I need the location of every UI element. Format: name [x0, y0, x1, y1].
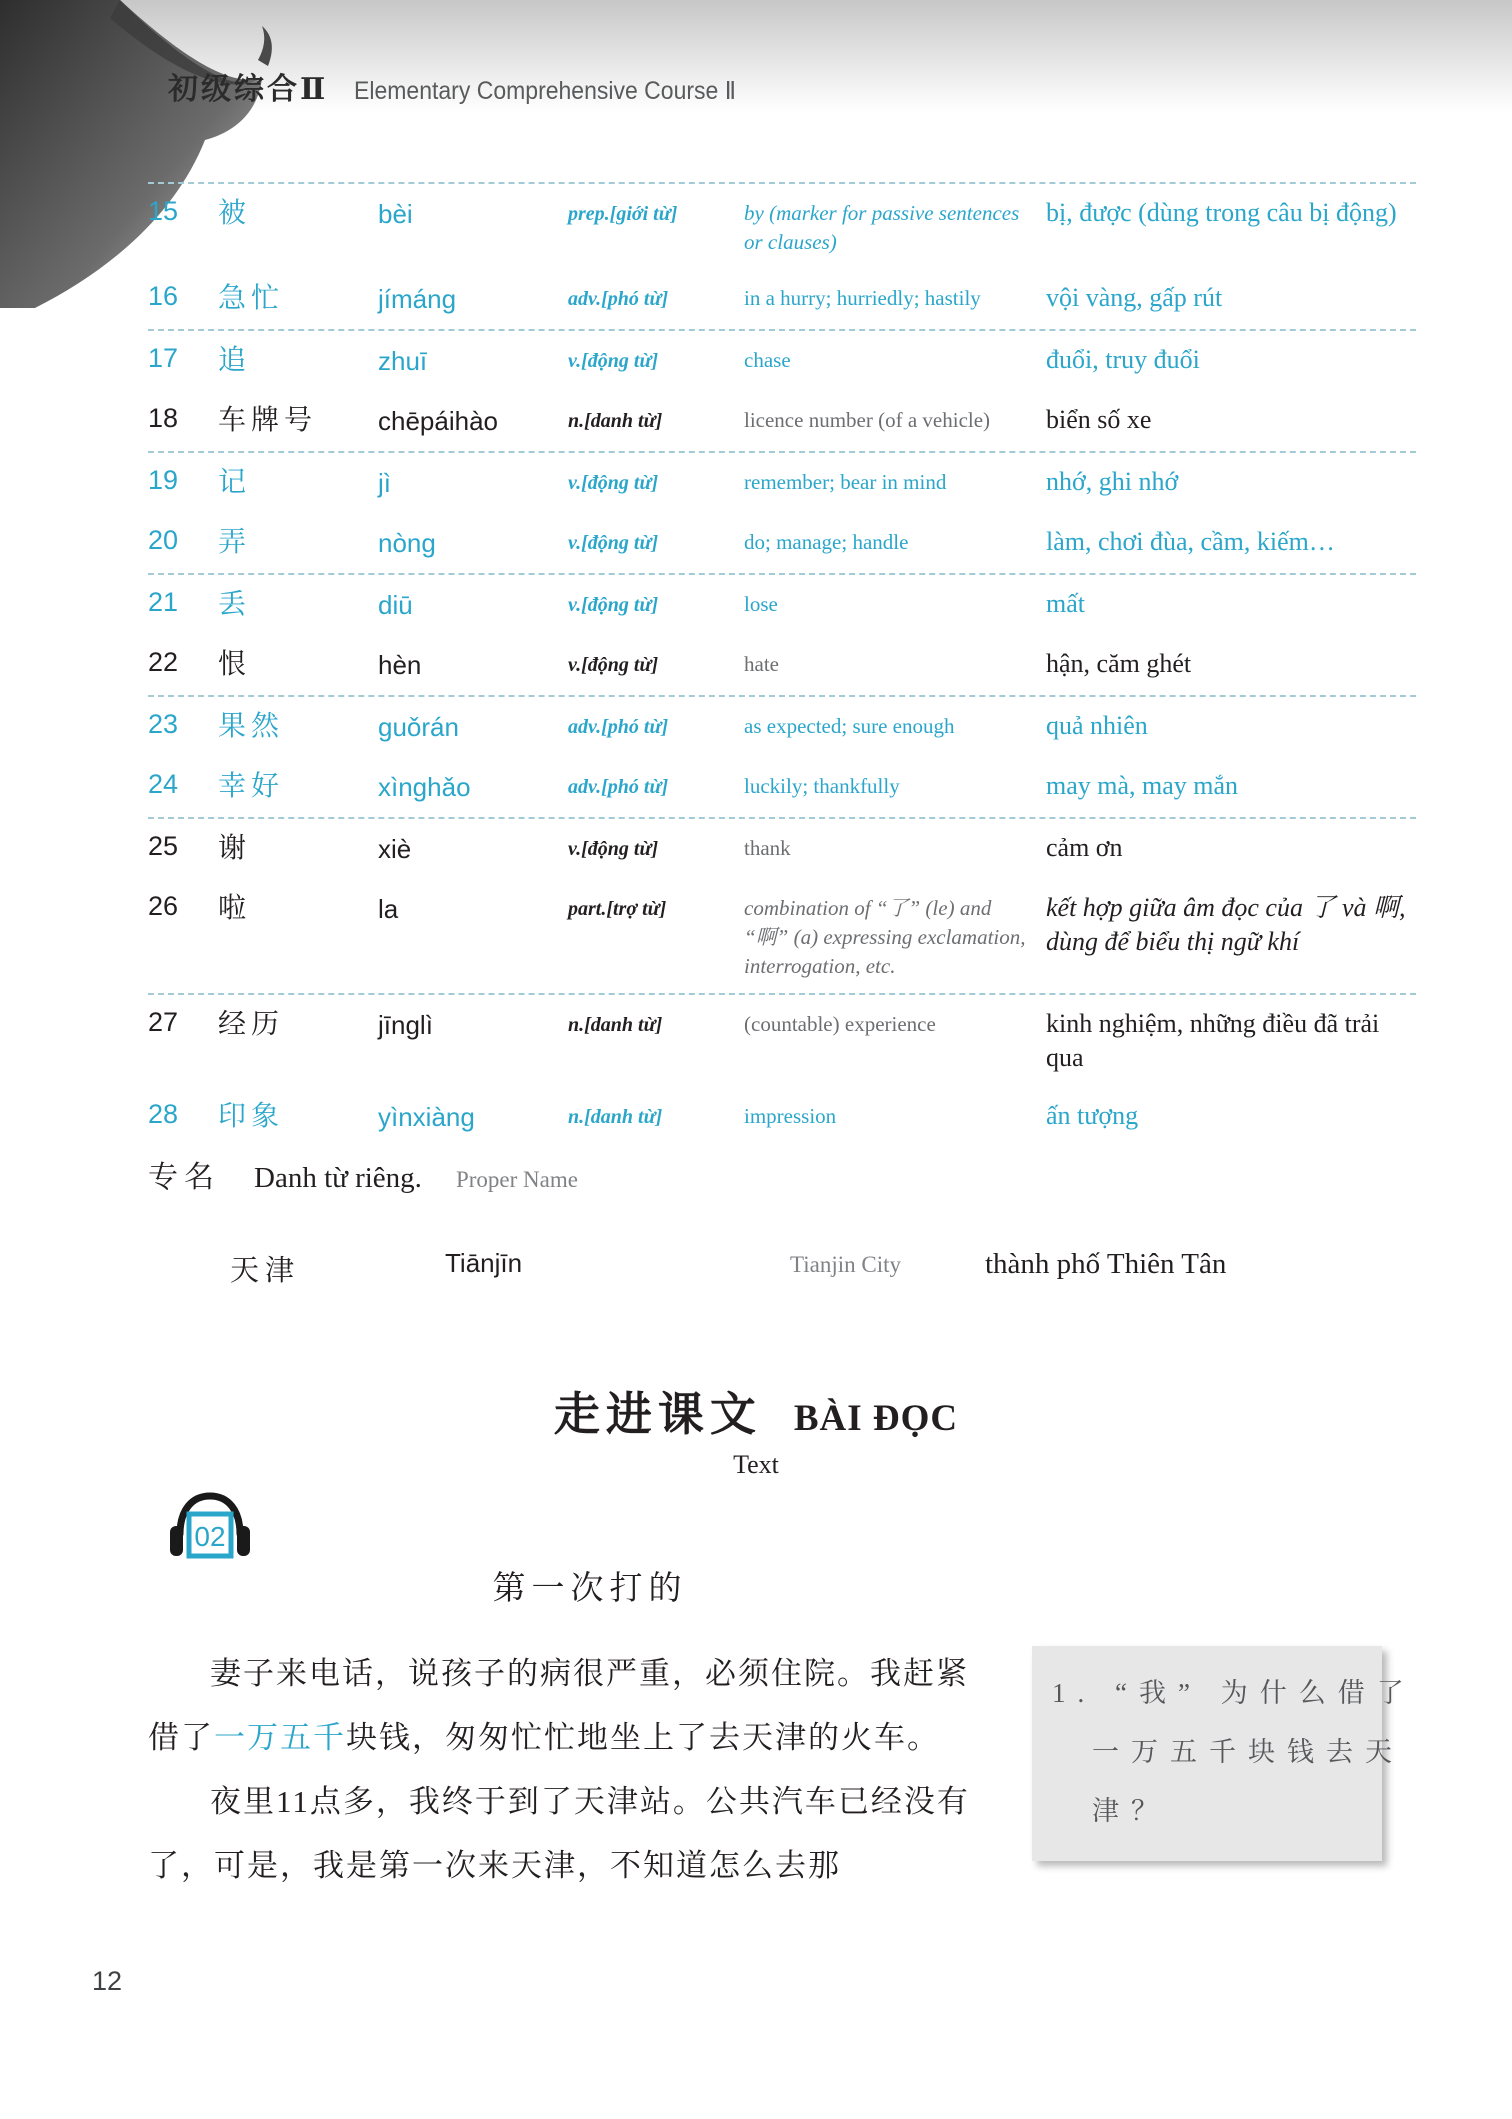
course-title-english: Elementary Comprehensive Course Ⅱ	[354, 76, 736, 106]
proper-entry-vietnamese: thành phố Thiên Tân	[985, 1248, 1416, 1289]
vocab-pos: n.[danh từ]	[568, 403, 736, 439]
vocab-pinyin: xìnghǎo	[378, 769, 560, 805]
vocab-row: 25 谢 xiè v.[động từ] thank cảm ơn	[148, 817, 1416, 879]
vocab-number: 17	[148, 343, 210, 374]
vocab-hanzi: 经历	[218, 1007, 370, 1043]
vocab-number: 21	[148, 587, 210, 618]
vocab-number: 15	[148, 196, 210, 227]
vocab-vietnamese: làm, chơi đùa, cầm, kiếm…	[1046, 525, 1416, 559]
vocab-hanzi: 追	[218, 343, 370, 379]
vocab-pinyin: yìnxiàng	[378, 1099, 560, 1135]
paragraph-1-highlight: 一万五千	[214, 1720, 346, 1755]
vocab-pos: v.[động từ]	[568, 831, 736, 867]
vocab-vietnamese: quả nhiên	[1046, 709, 1416, 743]
vocab-pinyin: jì	[378, 465, 560, 501]
vocab-vietnamese: nhớ, ghi nhớ	[1046, 465, 1416, 499]
vocab-hanzi: 车牌号	[218, 403, 370, 439]
vocab-hanzi: 啦	[218, 891, 370, 927]
vocab-hanzi: 弄	[218, 525, 370, 561]
paragraph-1-text-cont: 块钱，匆匆忙忙地坐上了去天津的火车。	[346, 1720, 940, 1755]
page-header: 初级综合Ⅱ Elementary Comprehensive Course Ⅱ	[0, 0, 1512, 122]
vocab-english: by (marker for passive sentences or clau…	[744, 196, 1038, 257]
headphones-icon: 02	[162, 1488, 258, 1560]
vocab-hanzi: 谢	[218, 831, 370, 867]
vocab-english: licence number (of a vehicle)	[744, 403, 1038, 435]
vocab-number: 27	[148, 1007, 210, 1038]
vocab-pinyin: zhuī	[378, 343, 560, 379]
vocab-english: chase	[744, 343, 1038, 375]
proper-name-label-chinese: 专名	[148, 1152, 220, 1196]
vocab-hanzi: 被	[218, 196, 370, 232]
vocab-vietnamese: kết hợp giữa âm đọc của 了 và 啊, dùng để …	[1046, 891, 1416, 959]
vocab-pos: n.[danh từ]	[568, 1099, 736, 1135]
vocab-row: 21 丢 diū v.[động từ] lose mất	[148, 573, 1416, 635]
vocab-english: do; manage; handle	[744, 525, 1038, 557]
question-line-2: 一万五千块钱去天	[1052, 1723, 1362, 1782]
reading-body: 妻子来电话，说孩子的病很严重，必须住院。我赶紧借了一万五千块钱，匆匆忙忙地坐上了…	[148, 1642, 992, 1898]
vocab-pos: adv.[phó từ]	[568, 281, 736, 317]
vocab-row: 19 记 jì v.[động từ] remember; bear in mi…	[148, 451, 1416, 513]
vocab-pos: adv.[phó từ]	[568, 709, 736, 745]
vocab-english: thank	[744, 831, 1038, 863]
reading-section-heading: 走进课文 BÀI ĐỌC Text	[0, 1378, 1512, 1480]
course-title-chinese: 初级综合Ⅱ	[168, 64, 328, 108]
vocab-row: 24 幸好 xìnghǎo adv.[phó từ] luckily; than…	[148, 757, 1416, 817]
vocab-number: 20	[148, 525, 210, 556]
vocab-number: 16	[148, 281, 210, 312]
vocab-pos: v.[động từ]	[568, 343, 736, 379]
vocab-pinyin: guǒrán	[378, 709, 560, 745]
vocab-row: 16 急忙 jímáng adv.[phó từ] in a hurry; hu…	[148, 269, 1416, 329]
vocab-pos: v.[động từ]	[568, 525, 736, 561]
question-line-3: 津？	[1052, 1782, 1362, 1841]
vocab-pinyin: jímáng	[378, 281, 560, 317]
vocab-english: remember; bear in mind	[744, 465, 1038, 497]
vocab-hanzi: 恨	[218, 647, 370, 683]
vocab-vietnamese: kinh nghiệm, những điều đã trải qua	[1046, 1007, 1416, 1075]
vocab-number: 25	[148, 831, 210, 862]
proper-entry-pinyin: Tiānjīn	[445, 1248, 790, 1289]
vocab-pos: prep.[giới từ]	[568, 196, 736, 232]
vocab-row: 28 印象 yìnxiàng n.[danh từ] impression ấn…	[148, 1087, 1416, 1147]
vocab-number: 28	[148, 1099, 210, 1130]
vocab-pinyin: hèn	[378, 647, 560, 683]
page-number: 12	[92, 1966, 122, 1997]
header-titles: 初级综合Ⅱ Elementary Comprehensive Course Ⅱ	[168, 64, 770, 108]
vocab-pos: v.[động từ]	[568, 465, 736, 501]
vocab-pos: v.[động từ]	[568, 647, 736, 683]
vocab-pinyin: xiè	[378, 831, 560, 867]
vocab-english: lose	[744, 587, 1038, 619]
vocab-english: in a hurry; hurriedly; hastily	[744, 281, 1038, 313]
vocab-number: 24	[148, 769, 210, 800]
question-line-1: 1. “我” 为什么借了	[1052, 1664, 1362, 1723]
vocab-row: 18 车牌号 chēpáihào n.[danh từ] licence num…	[148, 391, 1416, 451]
vocab-pos: part.[trợ từ]	[568, 891, 736, 927]
comprehension-question-box: 1. “我” 为什么借了 一万五千块钱去天 津？	[1032, 1646, 1382, 1861]
proper-name-heading: 专名 Danh từ riêng. Proper Name	[148, 1152, 1416, 1196]
vocab-pinyin: bèi	[378, 196, 560, 232]
proper-name-section: 专名 Danh từ riêng. Proper Name 天津 Tiānjīn…	[148, 1152, 1416, 1289]
vocab-vietnamese: bị, được (dùng trong câu bị động)	[1046, 196, 1416, 230]
reading-paragraph-2: 夜里11点多，我终于到了天津站。公共汽车已经没有了，可是，我是第一次来天津，不知…	[148, 1770, 992, 1898]
vocab-pinyin: la	[378, 891, 560, 927]
reading-paragraph-1: 妻子来电话，说孩子的病很严重，必须住院。我赶紧借了一万五千块钱，匆匆忙忙地坐上了…	[148, 1642, 992, 1770]
vocab-english: luckily; thankfully	[744, 769, 1038, 801]
vocab-hanzi: 丢	[218, 587, 370, 623]
vocab-vietnamese: biển số xe	[1046, 403, 1416, 437]
vocab-hanzi: 急忙	[218, 281, 370, 317]
reading-heading-english: Text	[0, 1450, 1512, 1480]
vocab-vietnamese: hận, căm ghét	[1046, 647, 1416, 681]
audio-track-number: 02	[194, 1521, 225, 1552]
vocab-vietnamese: ấn tượng	[1046, 1099, 1416, 1133]
vocab-pinyin: nòng	[378, 525, 560, 561]
vocab-english: as expected; sure enough	[744, 709, 1038, 741]
vocab-pos: adv.[phó từ]	[568, 769, 736, 805]
textbook-page: 初级综合Ⅱ Elementary Comprehensive Course Ⅱ …	[0, 0, 1512, 2119]
vocab-english: impression	[744, 1099, 1038, 1131]
proper-name-label-vietnamese: Danh từ riêng.	[254, 1162, 422, 1195]
vocab-pos: n.[danh từ]	[568, 1007, 736, 1043]
vocab-number: 26	[148, 891, 210, 922]
vocab-row: 26 啦 la part.[trợ từ] combination of “了”…	[148, 879, 1416, 993]
vocab-hanzi: 记	[218, 465, 370, 501]
vocab-row: 17 追 zhuī v.[động từ] chase đuổi, truy đ…	[148, 329, 1416, 391]
vocab-hanzi: 幸好	[218, 769, 370, 805]
vocab-vietnamese: mất	[1046, 587, 1416, 621]
vocab-number: 18	[148, 403, 210, 434]
vocab-hanzi: 印象	[218, 1099, 370, 1135]
reading-text-title: 第一次打的	[250, 1562, 930, 1609]
reading-heading-vietnamese: BÀI ĐỌC	[794, 1397, 958, 1440]
vocab-number: 23	[148, 709, 210, 740]
vocab-vietnamese: vội vàng, gấp rút	[1046, 281, 1416, 315]
vocab-english: hate	[744, 647, 1038, 679]
reading-heading-chinese: 走进课文	[554, 1378, 762, 1444]
vocab-english: combination of “了” (le) and “啊” (a) expr…	[744, 891, 1038, 981]
vocab-row: 20 弄 nòng v.[động từ] do; manage; handle…	[148, 513, 1416, 573]
proper-name-entry: 天津 Tiānjīn Tianjin City thành phố Thiên …	[148, 1248, 1416, 1289]
vocab-pos: v.[động từ]	[568, 587, 736, 623]
vocab-pinyin: jīnglì	[378, 1007, 560, 1043]
vocab-row: 27 经历 jīnglì n.[danh từ] (countable) exp…	[148, 993, 1416, 1087]
vocab-english: (countable) experience	[744, 1007, 1038, 1039]
vocab-vietnamese: cảm ơn	[1046, 831, 1416, 865]
vocab-vietnamese: đuổi, truy đuổi	[1046, 343, 1416, 377]
vocab-row: 23 果然 guǒrán adv.[phó từ] as expected; s…	[148, 695, 1416, 757]
vocab-number: 19	[148, 465, 210, 496]
vocab-pinyin: chēpáihào	[378, 403, 560, 439]
proper-name-label-english: Proper Name	[456, 1167, 578, 1193]
proper-entry-english: Tianjin City	[790, 1248, 985, 1289]
vocab-row: 22 恨 hèn v.[động từ] hate hận, căm ghét	[148, 635, 1416, 695]
vocab-row: 15 被 bèi prep.[giới từ] by (marker for p…	[148, 182, 1416, 269]
vocab-pinyin: diū	[378, 587, 560, 623]
vocabulary-table: 15 被 bèi prep.[giới từ] by (marker for p…	[148, 182, 1416, 1147]
vocab-vietnamese: may mà, may mắn	[1046, 769, 1416, 803]
vocab-number: 22	[148, 647, 210, 678]
audio-track-icon: 02	[162, 1488, 258, 1560]
vocab-hanzi: 果然	[218, 709, 370, 745]
proper-entry-hanzi: 天津	[230, 1248, 445, 1289]
